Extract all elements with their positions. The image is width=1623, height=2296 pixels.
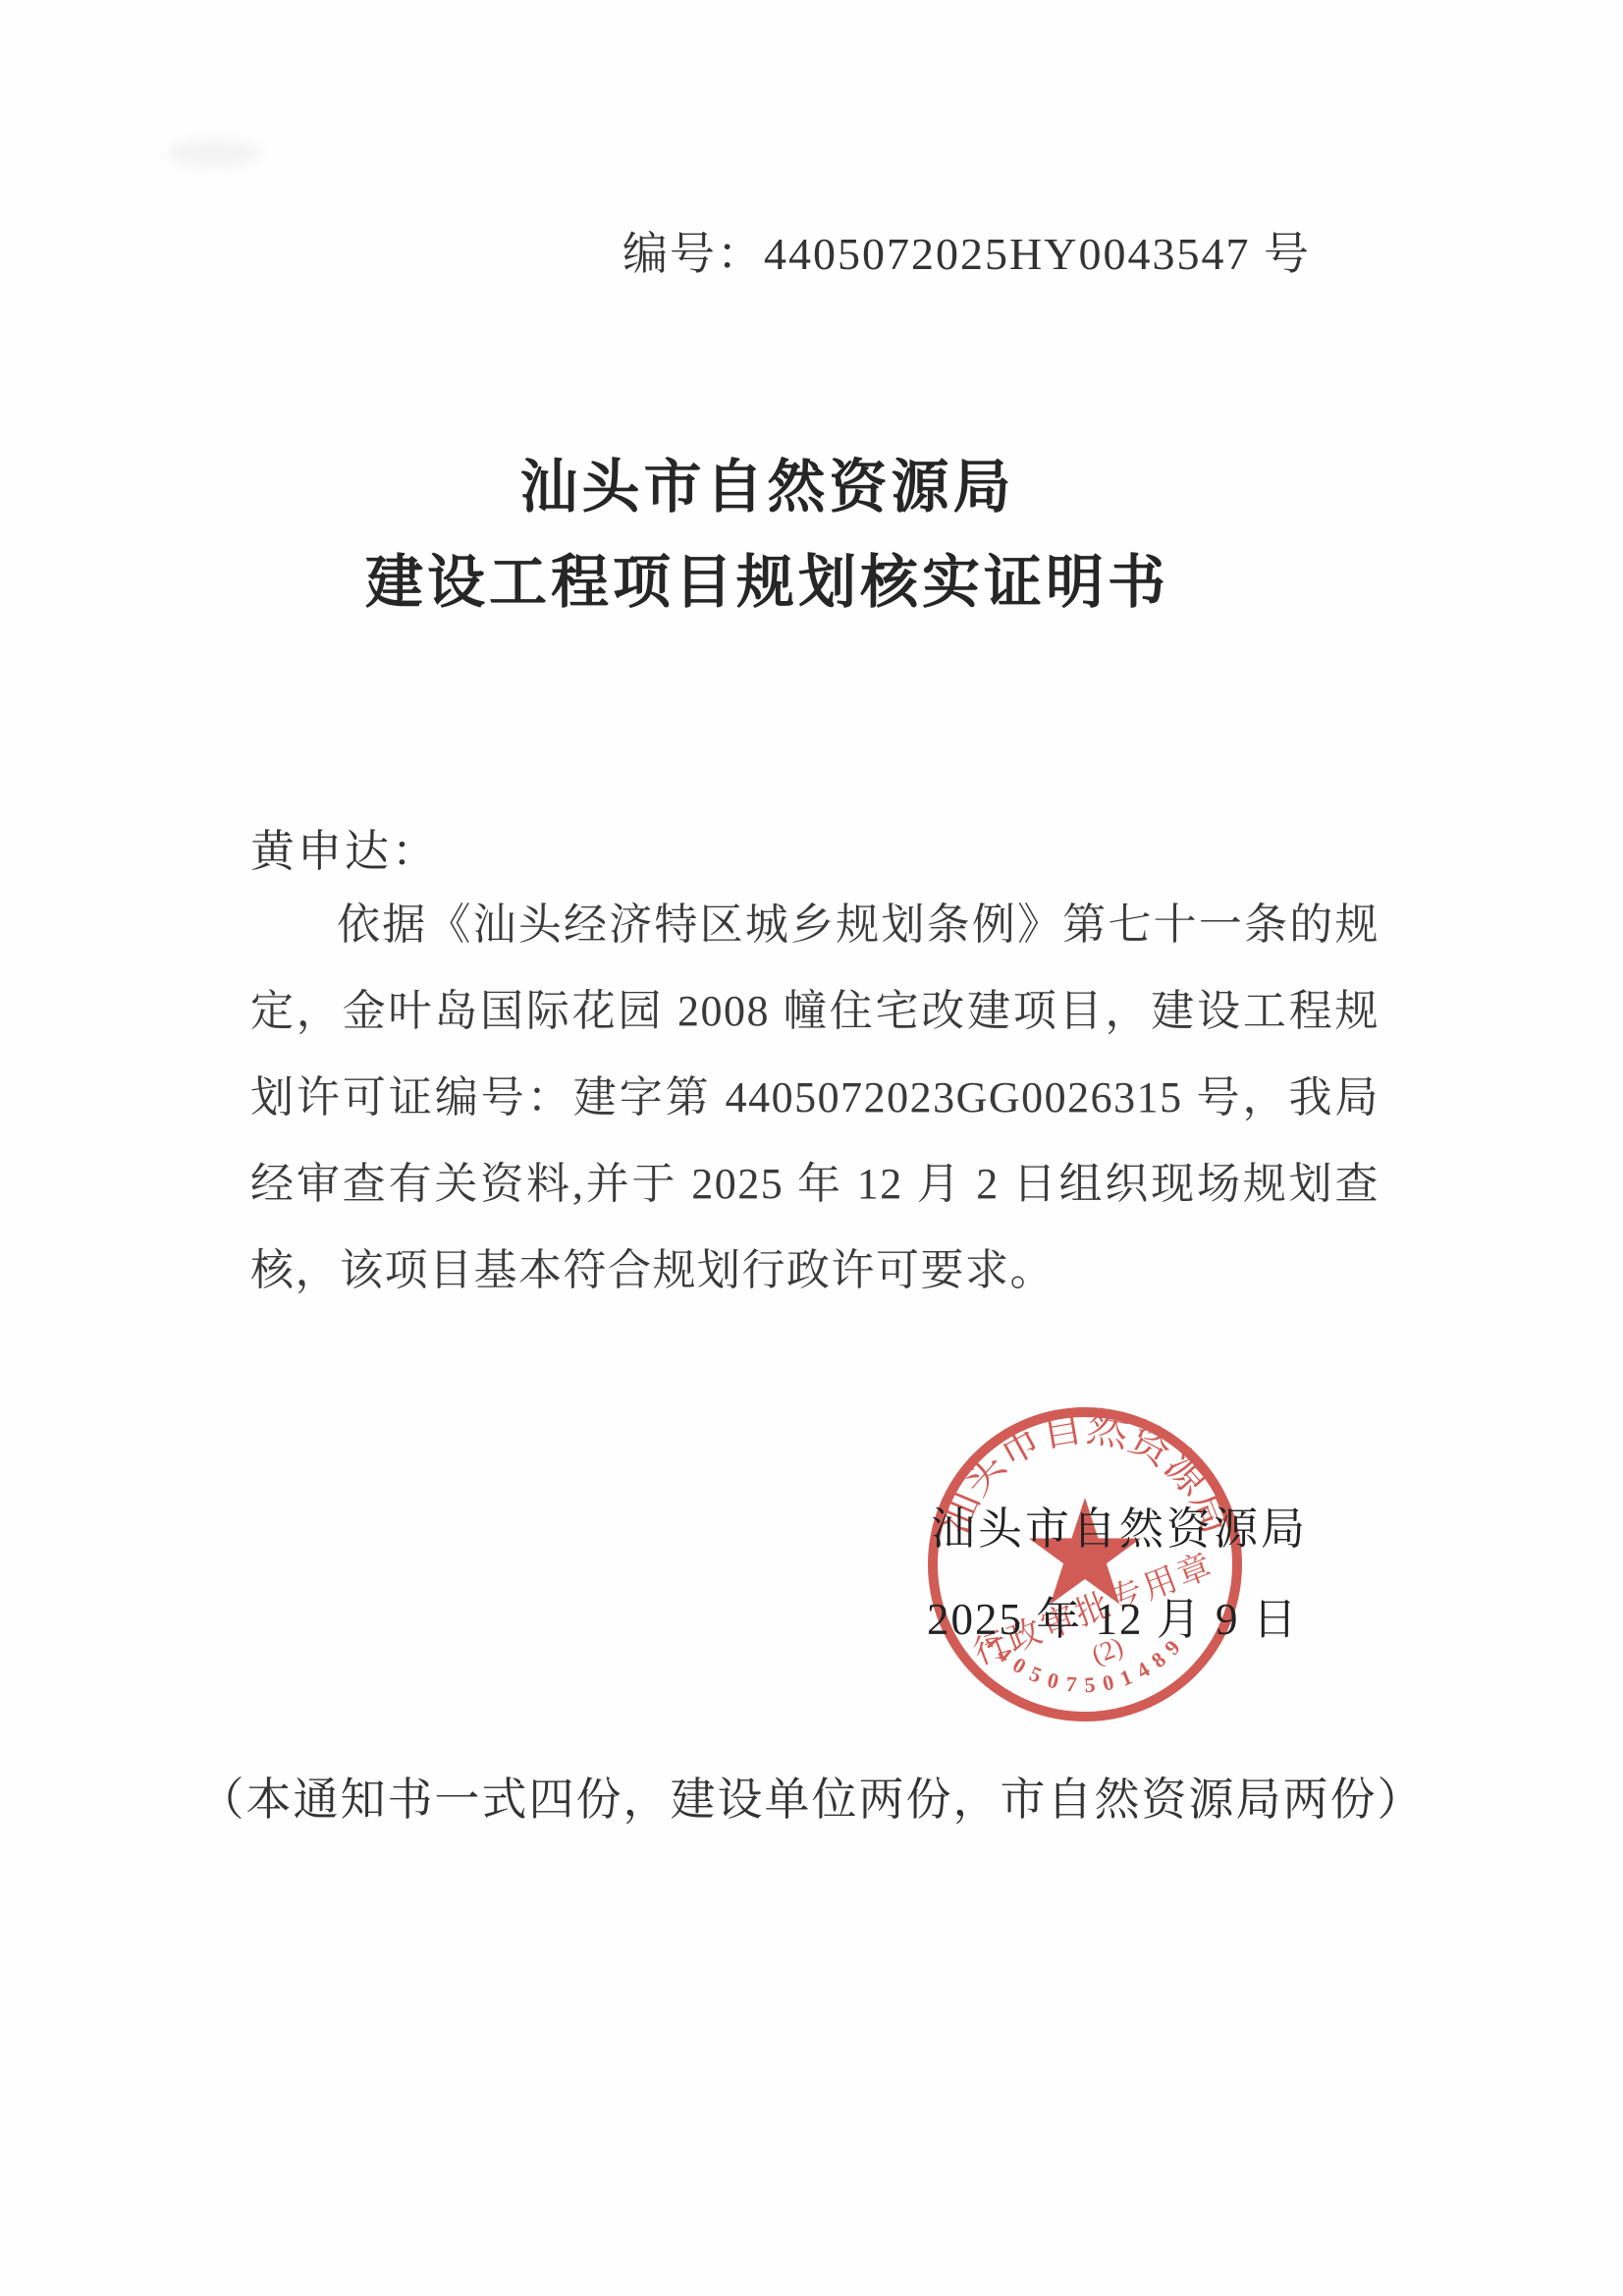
official-seal-stamp: 汕头市自然资源局 440507501489 行政审批专用章 (2) <box>918 1397 1252 1731</box>
title-line-1: 汕头市自然资源局 <box>0 440 1535 535</box>
title-line-2: 建设工程项目规划核实证明书 <box>0 535 1535 630</box>
document-title: 汕头市自然资源局 建设工程项目规划核实证明书 <box>0 440 1623 630</box>
doc-number-value: 4405072025HY0043547 号 <box>764 229 1311 279</box>
doc-number-label: 编号： <box>622 229 764 279</box>
body-paragraph: 依据《汕头经济特区城乡规划条例》第七十一条的规定，金叶岛国际花园 2008 幢住… <box>250 882 1380 1314</box>
document-page: 编号：4405072025HY0043547 号 汕头市自然资源局 建设工程项目… <box>0 0 1623 2296</box>
scan-artifact <box>167 139 260 167</box>
signature-organization: 汕头市自然资源局 <box>931 1493 1308 1557</box>
recipient-name: 黄申达： <box>250 815 439 879</box>
doc-number-line: 编号：4405072025HY0043547 号 <box>622 218 1311 283</box>
signature-date: 2025 年 12 月 9 日 <box>927 1583 1299 1647</box>
distribution-note: （本通知书一式四份，建设单位两份，市自然资源局两份） <box>0 1764 1623 1829</box>
